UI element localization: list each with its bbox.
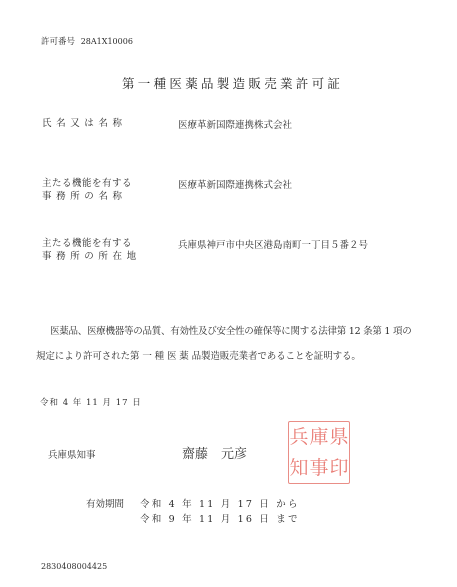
certification-line-2: 規定により許可された第 一 種 医 薬 品製造販売業者であることを証明する。 (36, 348, 361, 362)
issuer-title: 兵庫県知事 (48, 447, 96, 461)
issue-date: 令和 4 年 11 月 17 日 (40, 396, 142, 408)
field-value-office-name: 医療革新国際連携株式会社 (178, 177, 292, 191)
permit-number: 許可番号 28A1X10006 (41, 35, 133, 47)
validity-label: 有効期間 (86, 496, 124, 510)
permit-number-label: 許可番号 (41, 37, 75, 47)
field-label-office-address-line2: 事務所の所在地 (42, 250, 141, 263)
document-title: 第一種医薬品製造販売業許可証 (122, 74, 343, 92)
seal-char: 庫 (309, 422, 329, 453)
field-label-office-name: 主たる機能を有する 事務所の名称 (42, 177, 132, 203)
document-code: 2830408004425 (41, 562, 107, 571)
field-label-office-address: 主たる機能を有する 事務所の所在地 (42, 237, 141, 263)
seal-char: 県 (329, 422, 349, 453)
issuer-name: 齋藤 元彦 (182, 443, 247, 462)
validity-to: 令和 9 年 11 月 16 日 まで (140, 511, 300, 525)
seal-char: 兵 (289, 422, 309, 453)
seal-char: 事 (309, 453, 329, 484)
field-label-office-address-line1: 主たる機能を有する (42, 237, 141, 250)
field-label-office-name-line2: 事務所の名称 (42, 190, 132, 203)
field-label-name: 氏名又は名称 (42, 117, 127, 130)
field-value-name: 医療革新国際連携株式会社 (178, 117, 292, 131)
certification-line-1: 医薬品、医療機器等の品質、有効性及び安全性の確保等に関する法律第 12 条第 1… (50, 323, 411, 337)
seal-char: 印 (329, 453, 349, 484)
official-seal: 県 印 庫 事 兵 知 (288, 421, 350, 484)
field-value-office-address: 兵庫県神戸市中央区港島南町一丁目５番２号 (178, 237, 368, 251)
permit-number-value: 28A1X10006 (81, 37, 133, 46)
validity-from: 令和 4 年 11 月 17 日 から (140, 496, 300, 510)
field-label-office-name-line1: 主たる機能を有する (42, 177, 132, 190)
seal-char: 知 (289, 453, 309, 484)
